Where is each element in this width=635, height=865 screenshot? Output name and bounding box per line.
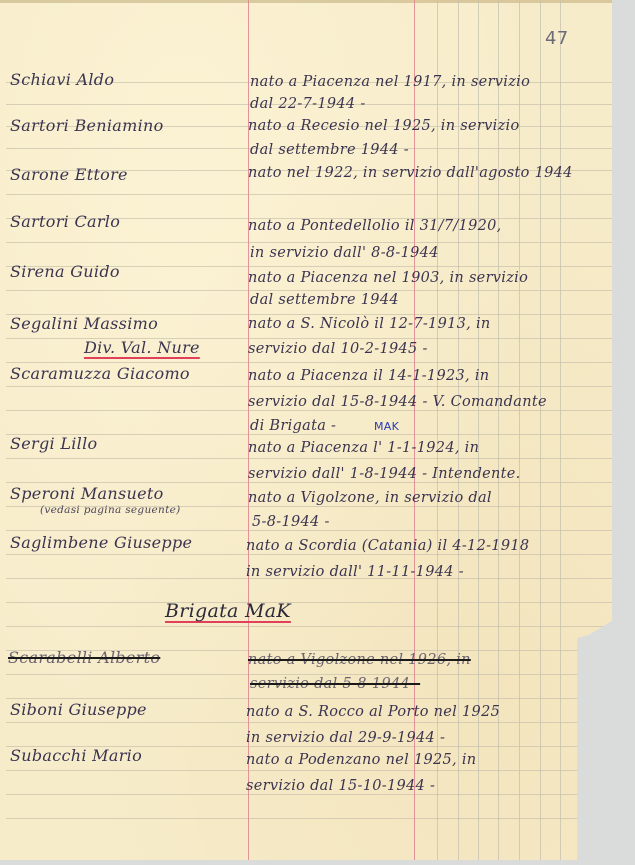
rule-line xyxy=(6,722,612,723)
entry-detail: nato nel 1922, in servizio dall'agosto 1… xyxy=(248,165,573,181)
entry-detail: dal 22-7-1944 - xyxy=(250,96,366,112)
entry-detail: nato a Scordia (Catania) il 4-12-1918 xyxy=(246,538,529,554)
entry-detail: servizio dal 15-10-1944 - xyxy=(246,778,435,794)
entry-detail: dal settembre 1944 xyxy=(250,292,399,308)
grid-column-line xyxy=(540,0,541,860)
entry-name: Siboni Giuseppe xyxy=(10,700,147,719)
entry-detail: dal settembre 1944 - xyxy=(250,142,409,158)
entry-name: Saglimbene Giuseppe xyxy=(10,533,192,552)
rule-line xyxy=(6,770,612,771)
rule-line xyxy=(6,626,612,627)
entry-detail: servizio dal 15-8-1944 - V. Comandante xyxy=(248,394,547,410)
entry-detail: nato a Recesio nel 1925, in servizio xyxy=(248,118,519,134)
entry-detail: nato a Piacenza l' 1-1-1924, in xyxy=(248,440,479,456)
entry-name: Sergi Lillo xyxy=(10,434,97,453)
entry-name: Segalini Massimo xyxy=(10,314,158,333)
entry-name: Speroni Mansueto xyxy=(10,484,164,503)
crossed-out-detail: nato a Vigolzone nel 1926, in xyxy=(248,652,471,668)
rule-line xyxy=(6,698,612,699)
entry-detail: 5-8-1944 - xyxy=(252,514,330,530)
rule-line xyxy=(6,602,612,603)
entry-name: Sirena Guido xyxy=(10,262,120,281)
entry-name: Subacchi Mario xyxy=(10,746,142,765)
rule-line xyxy=(6,242,612,243)
entry-name: Sarone Ettore xyxy=(10,165,128,184)
rule-line xyxy=(6,410,612,411)
entry-detail: nato a S. Rocco al Porto nel 1925 xyxy=(246,704,500,720)
ledger-page: 47 Schiavi Aldo nato a Piacenza nel 1917… xyxy=(0,0,612,860)
entry-detail: nato a Podenzano nel 1925, in xyxy=(246,752,476,768)
entry-detail: di Brigata - xyxy=(250,418,336,434)
crossed-out-detail: servizio dal 5-8-1944 - xyxy=(250,676,420,692)
entry-detail: nato a Piacenza nel 1903, in servizio xyxy=(248,270,528,286)
rule-line xyxy=(6,458,612,459)
section-header: Brigata MaK xyxy=(165,600,291,622)
entry-detail: nato a Piacenza nel 1917, in servizio xyxy=(250,74,530,90)
entry-detail: nato a Vigolzone, in servizio dal xyxy=(248,490,492,506)
rule-line xyxy=(6,386,612,387)
entry-detail: nato a S. Nicolò il 12-7-1913, in xyxy=(248,316,491,332)
entry-name: Scaramuzza Giacomo xyxy=(10,364,190,383)
paper-top-edge xyxy=(0,0,612,3)
entry-detail: nato a Piacenza il 14-1-1923, in xyxy=(248,368,489,384)
rule-line xyxy=(6,554,612,555)
page-number: 47 xyxy=(545,28,569,49)
entry-detail: servizio dall' 1-8-1944 - Intendente. xyxy=(248,466,521,482)
rule-line xyxy=(6,482,612,483)
division-label: Div. Val. Nure xyxy=(84,338,200,357)
rule-line xyxy=(6,674,612,675)
entry-name: Sartori Beniamino xyxy=(10,116,164,135)
entry-detail: servizio dal 10-2-1945 - xyxy=(248,341,428,357)
entry-name: Sartori Carlo xyxy=(10,212,120,231)
blue-annotation: MAK xyxy=(374,420,399,433)
entry-detail: in servizio dal 29-9-1944 - xyxy=(246,730,445,746)
entry-detail: in servizio dall' 11-11-1944 - xyxy=(246,564,464,580)
entry-detail: in servizio dall' 8-8-1944 xyxy=(250,245,439,261)
rule-line xyxy=(6,530,612,531)
entry-note: (vedasi pagina seguente) xyxy=(40,504,181,516)
grid-column-line xyxy=(560,0,561,860)
rule-line xyxy=(6,290,612,291)
rule-line xyxy=(6,794,612,795)
crossed-out-name: Scarabelli Alberto xyxy=(8,648,160,667)
rule-line xyxy=(6,818,612,819)
rule-line xyxy=(6,194,612,195)
entry-detail: nato a Pontedellolio il 31/7/1920, xyxy=(248,218,502,234)
rule-line xyxy=(6,362,612,363)
entry-name: Schiavi Aldo xyxy=(10,70,114,89)
